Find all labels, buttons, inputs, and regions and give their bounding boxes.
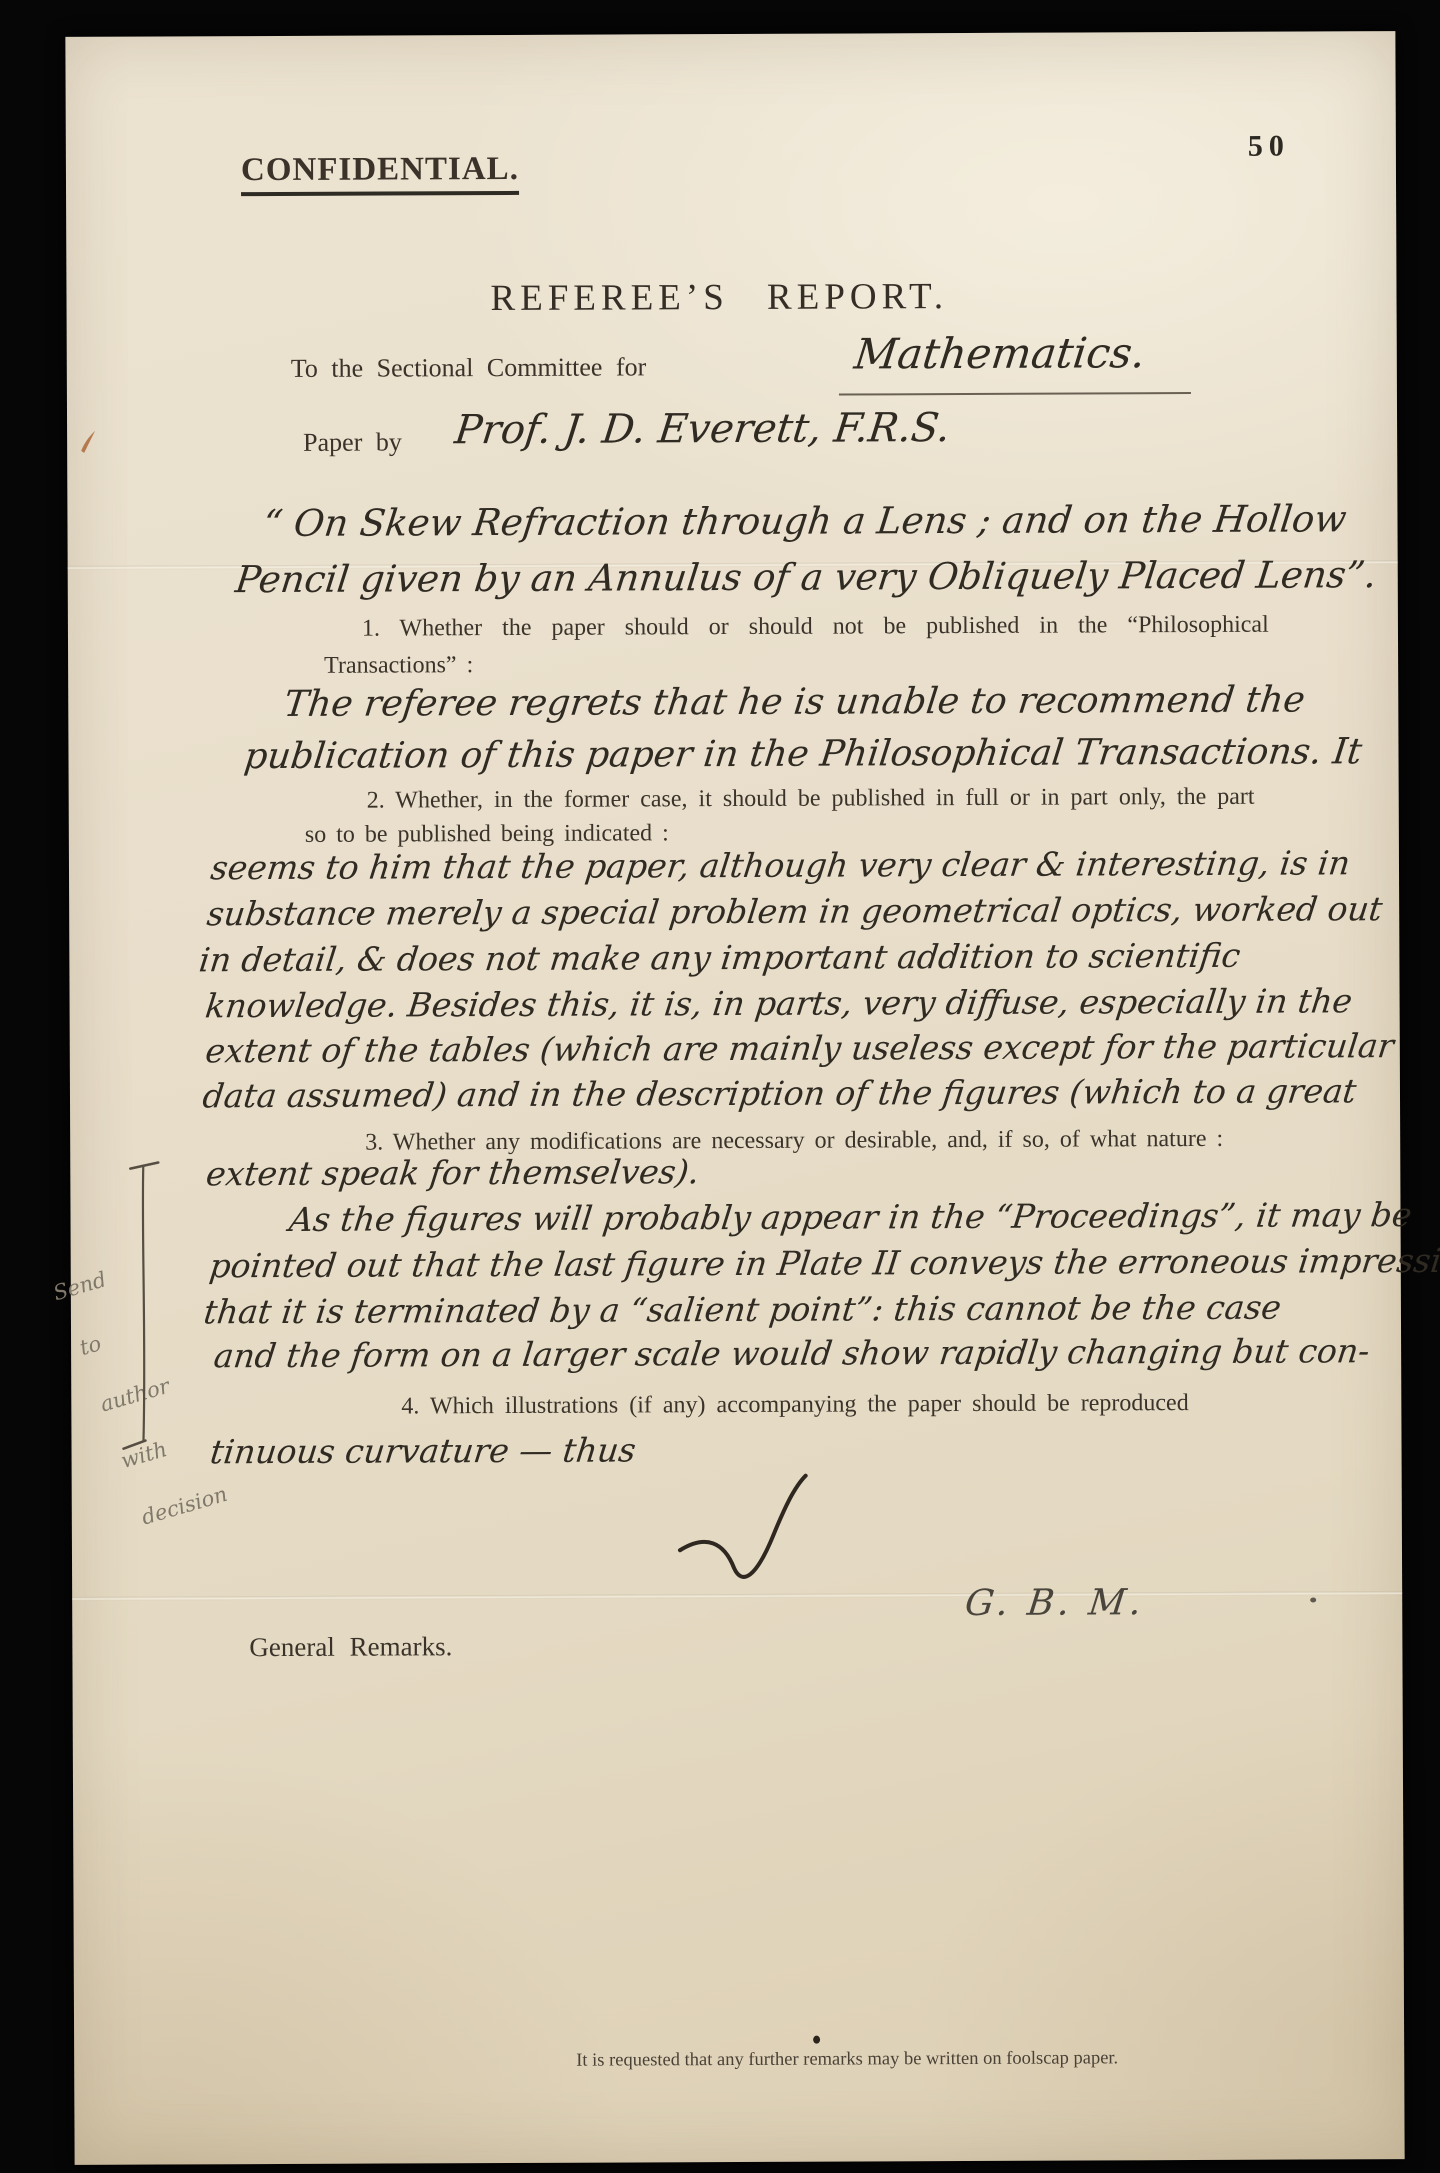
question-2-line2: so to be published being indicated : bbox=[305, 820, 669, 849]
ink-speck bbox=[813, 2036, 820, 2044]
committee-label: To the Sectional Committee for bbox=[291, 352, 647, 384]
answer-3-line2: As the figures will probably appear in t… bbox=[287, 1195, 1414, 1239]
question-1-line1: 1. Whether the paper should or should no… bbox=[362, 612, 1269, 643]
general-remarks-label: General Remarks. bbox=[249, 1631, 452, 1663]
confidential-stamp: CONFIDENTIAL. bbox=[241, 151, 519, 196]
footer-instruction: It is requested that any further remarks… bbox=[576, 2048, 1118, 2071]
margin-note-line: decision bbox=[138, 1479, 231, 1532]
paper-title-line1: “ On Skew Refraction through a Lens ; an… bbox=[261, 497, 1349, 545]
answer-4-line: tinuous curvature — thus bbox=[208, 1430, 638, 1471]
margin-bracket-line bbox=[112, 1156, 183, 1456]
paper-by-value-handwritten: Prof. J. D. Everett, F.R.S. bbox=[452, 405, 952, 453]
question-1-line2: Transactions” : bbox=[324, 652, 473, 680]
answer-1-line1: The referee regrets that he is unable to… bbox=[282, 679, 1307, 724]
answer-2-line5: extent of the tables (which are mainly u… bbox=[203, 1026, 1395, 1070]
answer-3-line5: and the form on a larger scale would sho… bbox=[212, 1331, 1372, 1375]
answer-2-line6: data assumed) and in the description of … bbox=[201, 1071, 1359, 1115]
committee-rule bbox=[839, 392, 1191, 396]
answer-2-line1: seems to him that the paper, although ve… bbox=[209, 843, 1353, 887]
answer-2-line2: substance merely a special problem in ge… bbox=[205, 889, 1385, 933]
scanned-report-page: CONFIDENTIAL. 50 REFEREE’S REPORT. To th… bbox=[65, 31, 1404, 2165]
answer-3-line3: pointed out that the last figure in Plat… bbox=[207, 1241, 1440, 1286]
answer-1-line2: publication of this paper in the Philoso… bbox=[242, 731, 1364, 777]
page-number: 50 bbox=[1248, 130, 1290, 164]
question-3: 3. Whether any modifications are necessa… bbox=[365, 1126, 1223, 1157]
ink-speck bbox=[1310, 1597, 1316, 1602]
fox-spot bbox=[75, 427, 101, 457]
report-title: REFEREE’S REPORT. bbox=[490, 275, 948, 320]
committee-value-handwritten: Mathematics. bbox=[852, 328, 1148, 378]
referee-signature: G. B. M. bbox=[963, 1582, 1148, 1624]
answer-2-line4: knowledge. Besides this, it is, in parts… bbox=[203, 981, 1354, 1025]
question-2-line1: 2. Whether, in the former case, it shoul… bbox=[367, 784, 1255, 815]
fold-crease-lower bbox=[72, 1591, 1402, 1601]
answer-2-line3: in detail, & does not make any important… bbox=[197, 936, 1242, 980]
paper-by-label: Paper by bbox=[303, 427, 402, 457]
curvature-sketch bbox=[664, 1472, 825, 1593]
question-4: 4. Which illustrations (if any) accompan… bbox=[401, 1390, 1188, 1420]
answer-3-line1: extent speak for themselves). bbox=[204, 1152, 701, 1193]
paper-title-line2: Pencil given by an Annulus of a very Obl… bbox=[233, 553, 1379, 601]
answer-3-line4: that it is terminated by a “salient poin… bbox=[202, 1288, 1284, 1332]
